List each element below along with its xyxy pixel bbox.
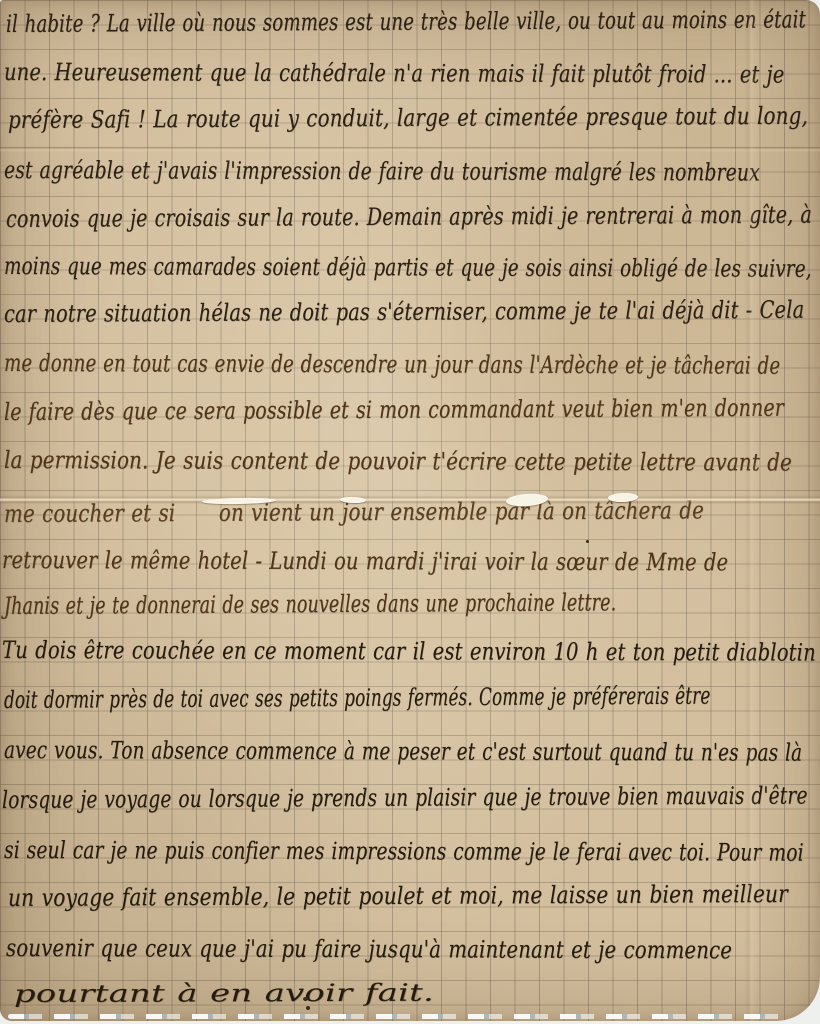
letter-line: Jhanis et je te donnerai de ses nouvelle…: [4, 588, 616, 620]
fold-crease-vertical: [744, 0, 756, 1021]
letter-line: si seul car je ne puis confier mes impre…: [4, 836, 804, 867]
letter-line: retrouver le même hotel - Lundi ou mardi…: [2, 546, 728, 576]
letter-line: une. Heureusement que la cathédrale n'a …: [4, 58, 784, 89]
letter-line: est agréable et j'avais l'impression de …: [4, 156, 760, 187]
letter-line: avec vous. Ton absence commence à me pes…: [4, 736, 802, 767]
fold-crease-upper: [0, 146, 820, 152]
letter-line: Tu dois être couchée en ce moment car il…: [2, 636, 816, 667]
letter-line: car notre situation hélas ne doit pas s'…: [4, 296, 804, 328]
letter-paper: il habite ? La ville où nous sommes est …: [0, 0, 820, 1021]
letter-line: doit dormir près de toi avec ses petits …: [4, 682, 711, 714]
letter-line: un voyage fait ensemble, le petit poulet…: [8, 880, 788, 912]
letter-line: pourtant à en avoir fait.: [14, 979, 434, 1008]
ink-speck: [586, 540, 589, 543]
letter-line: me donne en tout cas envie de descendre …: [4, 349, 780, 380]
letter-line: le faire dès que ce sera possible et si …: [4, 394, 784, 426]
letter-line: préfère Safi ! La route qui y conduit, l…: [8, 102, 808, 134]
letter-line: moins que mes camarades soient déjà part…: [4, 252, 812, 283]
letter-line: convois que je croisais sur la route. De…: [6, 201, 812, 233]
letter-line: lorsque je voyage ou lorsque je prends u…: [2, 781, 808, 814]
letter-line: souvenir que ceux que j'ai pu faire jusq…: [6, 934, 732, 964]
letter-line: me coucher et si on vient un jour ensemb…: [4, 496, 704, 528]
letter-line: la permission. Je suis content de pouvoi…: [4, 446, 792, 476]
scan-background: { "letter": { "description": "Handwritte…: [0, 0, 820, 1024]
letter-line: il habite ? La ville où nous sommes est …: [6, 5, 806, 38]
